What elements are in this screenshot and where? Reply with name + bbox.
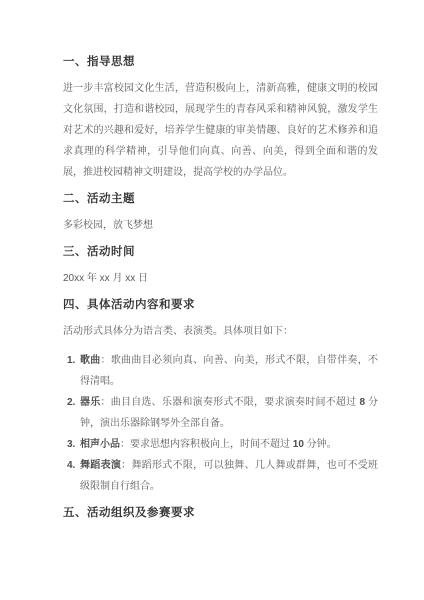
list-item-text: ：曲目自选、乐器和演奏形式不限，要求演奏时间不超过 [100, 397, 359, 408]
list-item-dance: 4. 舞蹈表演：舞蹈形式不限，可以独舞、几人舞或群舞，也可不受班级限制自行组合。 [63, 455, 378, 497]
list-item-bold-number: 10 [293, 439, 304, 450]
list-item-label: 相声小品 [80, 439, 120, 450]
section-heading-guiding-ideology: 一、指导思想 [63, 54, 378, 70]
list-item-text: ：要求思想内容积极向上，时间不超过 [120, 439, 293, 450]
list-item-number: 3. [67, 434, 80, 455]
list-item-instrumental: 2. 器乐：曲目自选、乐器和演奏形式不限，要求演奏时间不超过 8 分钟，演出乐器… [63, 392, 378, 434]
paragraph-guiding-ideology: 进一步丰富校园文化生活，营造积极向上，清新高雅，健康文明的校园文化氛围，打造和谐… [63, 78, 378, 183]
list-item-number: 1. [67, 350, 80, 371]
paragraph-activity-date: 20xx 年 xx 月 xx 日 [63, 268, 378, 289]
list-item-content: 相声小品：要求思想内容积极向上，时间不超过 10 分钟。 [80, 434, 378, 455]
list-item-label: 舞蹈表演 [80, 460, 121, 471]
document-page: 一、指导思想 进一步丰富校园文化生活，营造积极向上，清新高雅，健康文明的校园文化… [0, 0, 424, 600]
paragraph-activity-theme: 多彩校园，放飞梦想 [63, 215, 378, 236]
list-item-content: 舞蹈表演：舞蹈形式不限，可以独舞、几人舞或群舞，也可不受班级限制自行组合。 [80, 455, 378, 497]
list-item-song: 1. 歌曲：歌曲曲目必须向真、向善、向美，形式不限，自带伴奏，不得清唱。 [63, 350, 378, 392]
section-heading-activity-theme: 二、活动主题 [63, 191, 378, 207]
list-item-text-tail: 分钟。 [304, 439, 337, 450]
list-item-number: 4. [67, 455, 80, 476]
section-heading-activity-time: 三、活动时间 [63, 244, 378, 260]
paragraph-activity-intro: 活动形式具体分为语言类、表演类。具体项目如下： [63, 321, 378, 342]
list-item-number: 2. [67, 392, 80, 413]
list-item-text: ：歌曲曲目必须向真、向善、向美，形式不限，自带伴奏，不得清唱。 [80, 355, 378, 387]
list-item-content: 歌曲：歌曲曲目必须向真、向善、向美，形式不限，自带伴奏，不得清唱。 [80, 350, 378, 392]
list-item-label: 歌曲 [80, 355, 101, 366]
section-heading-organization-requirements: 五、活动组织及参赛要求 [63, 505, 378, 521]
activity-items-list: 1. 歌曲：歌曲曲目必须向真、向善、向美，形式不限，自带伴奏，不得清唱。 2. … [63, 350, 378, 497]
list-item-label: 器乐 [80, 397, 100, 408]
list-item-content: 器乐：曲目自选、乐器和演奏形式不限，要求演奏时间不超过 8 分钟，演出乐器除钢琴… [80, 392, 378, 434]
list-item-crosstalk-sketch: 3. 相声小品：要求思想内容积极向上，时间不超过 10 分钟。 [63, 434, 378, 455]
section-heading-activity-content: 四、具体活动内容和要求 [63, 297, 378, 313]
list-item-text: ：舞蹈形式不限，可以独舞、几人舞或群舞，也可不受班级限制自行组合。 [80, 460, 378, 492]
